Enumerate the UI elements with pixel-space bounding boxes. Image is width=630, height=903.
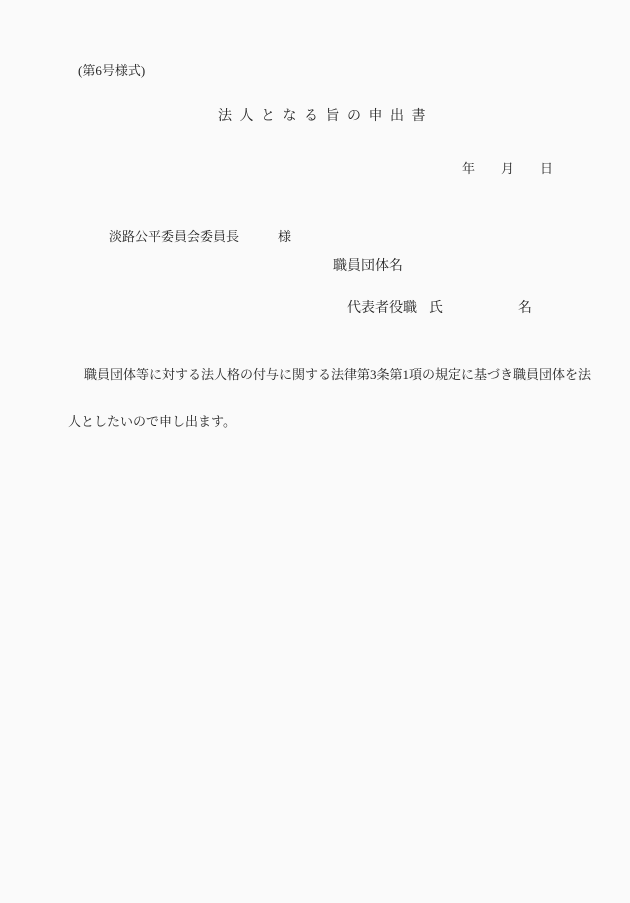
form-number: (第6号様式): [78, 64, 145, 77]
name-label-mei: 名: [518, 301, 532, 316]
document-page: (第6号様式) 法人となる旨の申出書 年 月 日 淡路公平委員会委員長様 職員団…: [0, 0, 630, 903]
addressee-honorific: 様: [278, 229, 291, 244]
representative-title-label: 代表者役職: [347, 301, 417, 316]
body-line-1: 職員団体等に対する法人格の付与に関する法律第3条第1項の規定に基づき職員団体を法: [68, 364, 591, 385]
body-paragraph: 職員団体等に対する法人格の付与に関する法律第3条第1項の規定に基づき職員団体を法…: [68, 338, 591, 458]
addressee-name: 淡路公平委員会委員長: [109, 229, 239, 244]
body-line-2: 人としたいので申し出ます。: [68, 411, 591, 432]
name-label-shi: 氏: [429, 301, 443, 316]
representative-line: 代表者役職氏名: [333, 288, 532, 330]
addressee-line: 淡路公平委員会委員長様: [96, 217, 291, 256]
document-title: 法人となる旨の申出書: [218, 110, 433, 124]
organization-name-label: 職員団体名: [333, 260, 403, 274]
date-line: 年 月 日: [462, 162, 553, 175]
